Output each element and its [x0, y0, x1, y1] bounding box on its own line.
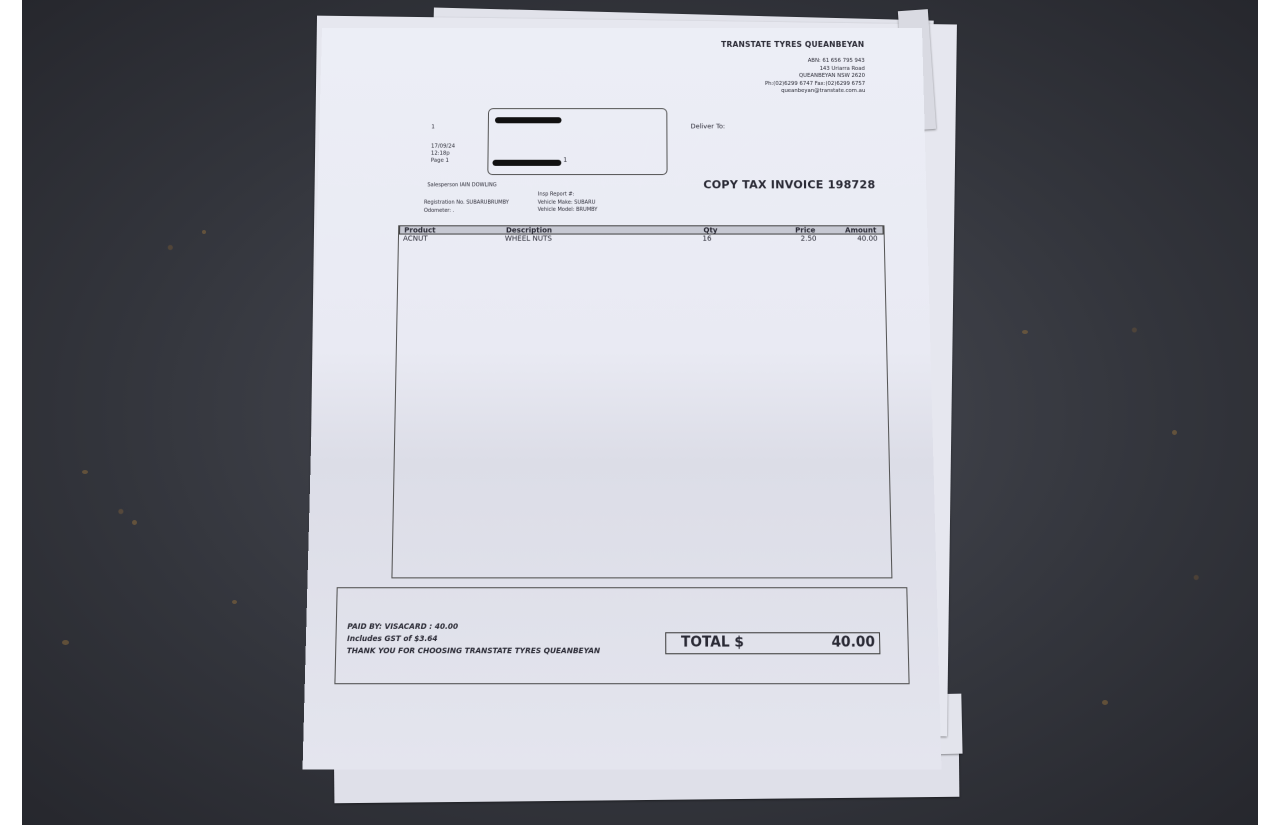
- invoice-date: 17/09/24: [431, 144, 455, 151]
- vehicle-make: Vehicle Make: SUBARU: [538, 199, 598, 207]
- photo-background: TRANSTATE TYRES QUEANBEYAN ABN: 61 656 7…: [22, 0, 1258, 825]
- customer-address-box: 1: [487, 108, 667, 175]
- table-header: Product Description Qty Price Amount: [399, 225, 884, 234]
- page-number: Page 1: [431, 158, 455, 165]
- total-box: TOTAL $ 40.00: [665, 632, 880, 654]
- header-amount: Amount: [845, 226, 877, 234]
- vehicle-model: Vehicle Model: BRUMBY: [538, 207, 598, 215]
- table-row: ACNUT WHEEL NUTS 16 2.50 40.00: [399, 235, 884, 244]
- company-name: TRANSTATE TYRES QUEANBEYAN: [721, 40, 864, 49]
- company-address: ABN: 61 656 795 943 143 Uriarra Road QUE…: [765, 58, 866, 96]
- payment-summary-box: PAID BY: VISACARD : 40.00 Includes GST o…: [334, 587, 909, 684]
- gst-included: Includes GST of $3.64: [347, 633, 600, 645]
- cell-product: ACNUT: [403, 235, 428, 243]
- thank-you-message: THANK YOU FOR CHOOSING TRANSTATE TYRES Q…: [347, 645, 601, 657]
- invoice-meta: 1 17/09/24 12:18p Page 1: [431, 124, 456, 165]
- company-city: QUEANBEYAN NSW 2620: [765, 73, 865, 81]
- surface-speck: [62, 640, 69, 645]
- redaction-bar: [492, 160, 561, 166]
- surface-speck: [1102, 700, 1108, 705]
- surface-speck: [232, 600, 237, 604]
- cell-amount: 40.00: [857, 235, 878, 243]
- header-description: Description: [506, 226, 552, 234]
- invoice-time: 12:18p: [431, 151, 455, 158]
- surface-speck: [1022, 330, 1028, 334]
- cell-qty: 16: [702, 235, 711, 243]
- cell-description: WHEEL NUTS: [505, 235, 552, 243]
- line-items-table: Product Description Qty Price Amount ACN…: [391, 225, 892, 578]
- insp-report: Insp Report #:: [538, 191, 598, 199]
- redaction-bar: [495, 117, 562, 123]
- header-price: Price: [795, 226, 815, 234]
- surface-speck: [132, 520, 137, 525]
- payment-notes: PAID BY: VISACARD : 40.00 Includes GST o…: [347, 621, 601, 657]
- vehicle-info-block: Insp Report #: Vehicle Make: SUBARU Vehi…: [538, 191, 598, 214]
- surface-speck: [82, 470, 88, 474]
- odometer: Odometer: .: [424, 207, 509, 215]
- registration-number: Registration No. SUBARUBRUMBY: [424, 200, 509, 208]
- invoice-title: COPY TAX INVOICE 198728: [703, 178, 875, 191]
- address-box-trailing: 1: [563, 157, 567, 164]
- company-abn: ABN: 61 656 795 943: [765, 58, 865, 66]
- company-street: 143 Uriarra Road: [765, 66, 865, 74]
- surface-speck: [202, 230, 206, 234]
- invoice-page: TRANSTATE TYRES QUEANBEYAN ABN: 61 656 7…: [303, 28, 942, 769]
- paid-by: PAID BY: VISACARD : 40.00: [347, 621, 600, 633]
- cell-price: 2.50: [801, 235, 817, 243]
- salesperson: Salesperson IAIN DOWLING: [427, 182, 496, 188]
- company-email: queanbeyan@transtate.com.au: [765, 88, 865, 96]
- vehicle-registration-block: Registration No. SUBARUBRUMBY Odometer: …: [424, 200, 509, 215]
- total-value: 40.00: [831, 634, 875, 651]
- surface-speck: [1172, 430, 1177, 435]
- company-phone-fax: Ph:(02)6299 6747 Fax:(02)6299 6757: [765, 81, 865, 89]
- account-number: 1: [431, 124, 455, 131]
- deliver-to-label: Deliver To:: [691, 122, 726, 130]
- header-qty: Qty: [703, 226, 717, 234]
- total-label: TOTAL $: [681, 634, 744, 651]
- header-product: Product: [404, 226, 436, 234]
